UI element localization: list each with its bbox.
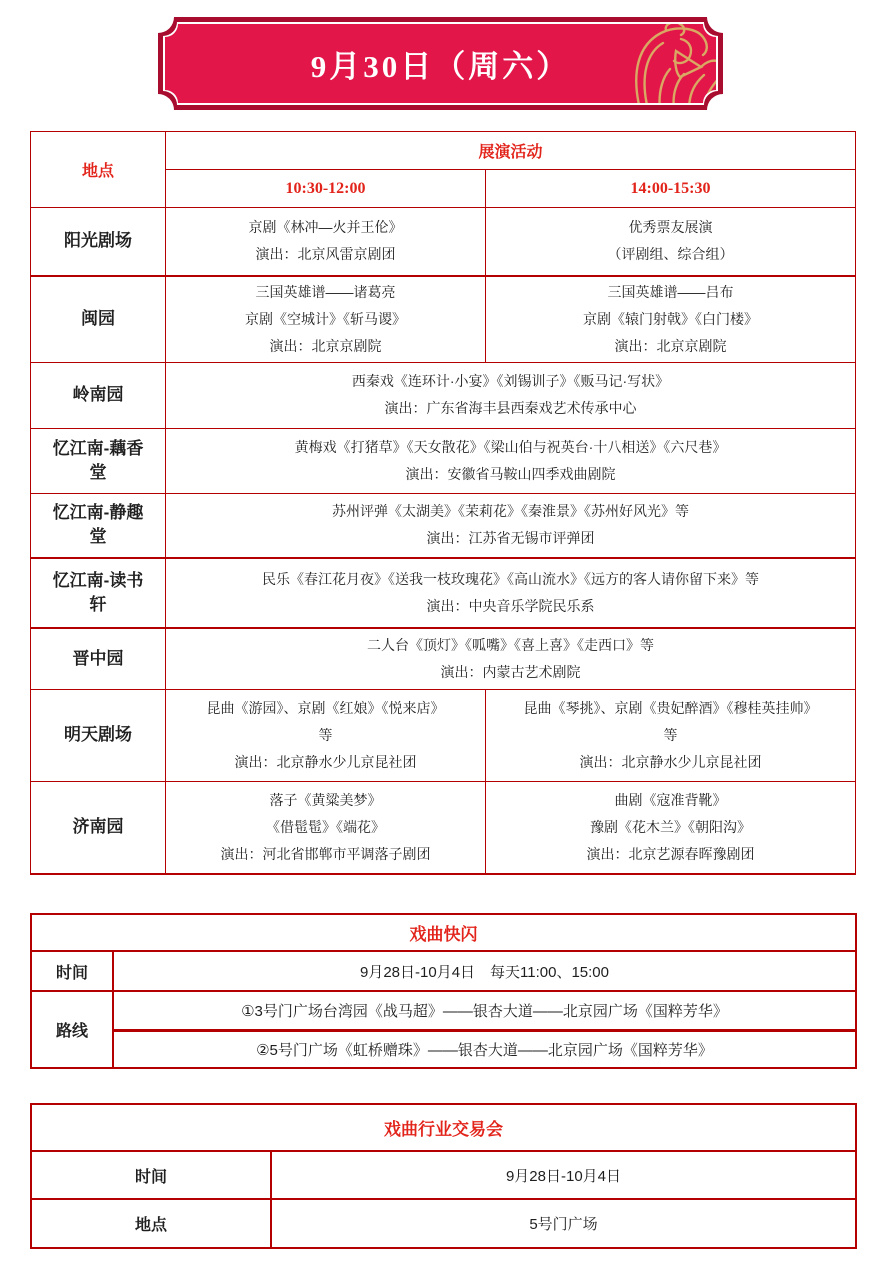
program-line: 昆曲《琴挑》、京剧《贵妃醉酒》《穆桂英挂帅》 xyxy=(492,695,849,722)
time-slot-morning: 10:30-12:00 xyxy=(166,170,486,208)
program-line: 优秀票友展演 xyxy=(492,214,849,241)
program-cell-morning: 三国英雄谱——诸葛亮 京剧《空城计》《斩马谡》 演出：北京京剧院 xyxy=(166,276,486,363)
program-line: 黄梅戏《打猪草》《天女散花》《梁山伯与祝英台·十八相送》《六尺巷》 xyxy=(172,434,849,461)
venue-cell: 济南园 xyxy=(31,781,166,874)
route-2: ②5号门广场《虹桥赠珠》——银杏大道——北京园广场《国粹芳华》 xyxy=(113,1030,856,1068)
flash-mob-route-row: ②5号门广场《虹桥赠珠》——银杏大道——北京园广场《国粹芳华》 xyxy=(31,1030,856,1068)
trade-fair-title: 戏曲行业交易会 xyxy=(31,1104,856,1151)
program-line: 三国英雄谱——诸葛亮 xyxy=(172,279,479,306)
program-line: 曲剧《寇准背靴》 xyxy=(492,787,849,814)
flash-mob-table: 戏曲快闪 时间 9月28日-10月4日 每天11:00、15:00 路线 ①3号… xyxy=(30,913,857,1069)
schedule-header-row: 地点 展演活动 xyxy=(31,132,856,170)
schedule-row: 闽园 三国英雄谱——诸葛亮 京剧《空城计》《斩马谡》 演出：北京京剧院 三国英雄… xyxy=(31,276,856,363)
flash-mob-title: 戏曲快闪 xyxy=(31,914,856,951)
program-line: 《借髢髢》《端花》 xyxy=(172,814,479,841)
program-line: 演出：北京京剧院 xyxy=(172,333,479,360)
venue-cell: 闽园 xyxy=(31,276,166,363)
schedule-row: 明天剧场 昆曲《游园》、京剧《红娘》《悦来店》 等 演出：北京静水少儿京昆社团 … xyxy=(31,689,856,781)
schedule-row: 忆江南-藕香堂 黄梅戏《打猪草》《天女散花》《梁山伯与祝英台·十八相送》《六尺巷… xyxy=(31,428,856,493)
venue-cell: 忆江南-读书轩 xyxy=(31,558,166,628)
program-cell-morning: 落子《黄粱美梦》 《借髢髢》《端花》 演出：河北省邯郸市平调落子剧团 xyxy=(166,781,486,874)
program-line: 苏州评弹《太湖美》《茉莉花》《秦淮景》《苏州好风光》等 xyxy=(172,498,849,525)
program-line: 落子《黄粱美梦》 xyxy=(172,787,479,814)
program-line: 演出：北京静水少儿京昆社团 xyxy=(172,749,479,776)
event-schedule-page: 9月30日（周六） 地点 展演活动 10:30-12:00 14:00-15:3… xyxy=(0,0,877,1262)
program-cell-full: 民乐《春江花月夜》《送我一枝玫瑰花》《高山流水》《远方的客人请你留下来》等 演出… xyxy=(166,558,856,628)
program-line: 演出：广东省海丰县西秦戏艺术传承中心 xyxy=(172,395,849,422)
trade-fair-title-row: 戏曲行业交易会 xyxy=(31,1104,856,1151)
program-line: 演出：北京风雷京剧团 xyxy=(172,241,479,268)
venue-cell: 阳光剧场 xyxy=(31,208,166,276)
schedule-row: 岭南园 西秦戏《连环计·小宴》《刘锡训子》《贩马记·写状》 演出：广东省海丰县西… xyxy=(31,362,856,428)
program-cell-full: 西秦戏《连环计·小宴》《刘锡训子》《贩马记·写状》 演出：广东省海丰县西秦戏艺术… xyxy=(166,362,856,428)
program-line: 等 xyxy=(492,722,849,749)
program-line: 演出：中央音乐学院民乐系 xyxy=(172,593,849,620)
schedule-row: 济南园 落子《黄粱美梦》 《借髢髢》《端花》 演出：河北省邯郸市平调落子剧团 曲… xyxy=(31,781,856,874)
place-label: 地点 xyxy=(31,1199,271,1248)
time-value: 9月28日-10月4日 xyxy=(271,1151,856,1199)
venue-cell: 明天剧场 xyxy=(31,689,166,781)
program-cell-full: 苏州评弹《太湖美》《茉莉花》《秦淮景》《苏州好风光》等 演出：江苏省无锡市评弹团 xyxy=(166,493,856,558)
program-line: 二人台《顶灯》《呱嘴》《喜上喜》《走西口》等 xyxy=(172,632,849,659)
flash-mob-route-row: 路线 ①3号门广场台湾园《战马超》——银杏大道——北京园广场《国粹芳华》 xyxy=(31,991,856,1030)
route-1: ①3号门广场台湾园《战马超》——银杏大道——北京园广场《国粹芳华》 xyxy=(113,991,856,1030)
program-cell-afternoon: 昆曲《琴挑》、京剧《贵妃醉酒》《穆桂英挂帅》 等 演出：北京静水少儿京昆社团 xyxy=(486,689,856,781)
program-cell-full: 黄梅戏《打猪草》《天女散花》《梁山伯与祝英台·十八相送》《六尺巷》 演出：安徽省… xyxy=(166,428,856,493)
program-line: 昆曲《游园》、京剧《红娘》《悦来店》 xyxy=(172,695,479,722)
program-line: 演出：北京静水少儿京昆社团 xyxy=(492,749,849,776)
location-header: 地点 xyxy=(31,132,166,208)
flash-mob-title-row: 戏曲快闪 xyxy=(31,914,856,951)
schedule-row: 晋中园 二人台《顶灯》《呱嘴》《喜上喜》《走西口》等 演出：内蒙古艺术剧院 xyxy=(31,628,856,689)
trade-fair-table: 戏曲行业交易会 时间 9月28日-10月4日 地点 5号门广场 xyxy=(30,1103,857,1249)
time-label: 时间 xyxy=(31,1151,271,1199)
program-line: 等 xyxy=(172,722,479,749)
program-cell-morning: 昆曲《游园》、京剧《红娘》《悦来店》 等 演出：北京静水少儿京昆社团 xyxy=(166,689,486,781)
program-line: （评剧组、综合组） xyxy=(492,241,849,268)
venue-cell: 岭南园 xyxy=(31,362,166,428)
schedule-row: 阳光剧场 京剧《林冲—火并王伦》 演出：北京风雷京剧团 优秀票友展演 （评剧组、… xyxy=(31,208,856,276)
schedule-row: 忆江南-静趣堂 苏州评弹《太湖美》《茉莉花》《秦淮景》《苏州好风光》等 演出：江… xyxy=(31,493,856,558)
program-line: 豫剧《花木兰》《朝阳沟》 xyxy=(492,814,849,841)
program-cell-afternoon: 曲剧《寇准背靴》 豫剧《花木兰》《朝阳沟》 演出：北京艺源春晖豫剧团 xyxy=(486,781,856,874)
program-line: 演出：内蒙古艺术剧院 xyxy=(172,659,849,686)
program-line: 京剧《林冲—火并王伦》 xyxy=(172,214,479,241)
place-value: 5号门广场 xyxy=(271,1199,856,1248)
activity-header: 展演活动 xyxy=(166,132,856,170)
program-cell-afternoon: 优秀票友展演 （评剧组、综合组） xyxy=(486,208,856,276)
program-line: 京剧《辕门射戟》《白门楼》 xyxy=(492,306,849,333)
time-slot-afternoon: 14:00-15:30 xyxy=(486,170,856,208)
program-line: 三国英雄谱——吕布 xyxy=(492,279,849,306)
program-line: 民乐《春江花月夜》《送我一枝玫瑰花》《高山流水》《远方的客人请你留下来》等 xyxy=(172,566,849,593)
program-line: 西秦戏《连环计·小宴》《刘锡训子》《贩马记·写状》 xyxy=(172,368,849,395)
trade-fair-place-row: 地点 5号门广场 xyxy=(31,1199,856,1248)
program-line: 京剧《空城计》《斩马谡》 xyxy=(172,306,479,333)
performance-schedule-table: 地点 展演活动 10:30-12:00 14:00-15:30 阳光剧场 京剧《… xyxy=(30,131,856,875)
program-line: 演出：安徽省马鞍山四季戏曲剧院 xyxy=(172,461,849,488)
time-label: 时间 xyxy=(31,951,113,991)
venue-cell: 忆江南-藕香堂 xyxy=(31,428,166,493)
program-cell-full: 二人台《顶灯》《呱嘴》《喜上喜》《走西口》等 演出：内蒙古艺术剧院 xyxy=(166,628,856,689)
banner-title: 9月30日（周六） xyxy=(158,17,723,110)
flash-mob-time-row: 时间 9月28日-10月4日 每天11:00、15:00 xyxy=(31,951,856,991)
date-banner: 9月30日（周六） xyxy=(158,17,723,110)
venue-cell: 晋中园 xyxy=(31,628,166,689)
program-line: 演出：北京艺源春晖豫剧团 xyxy=(492,841,849,868)
venue-cell: 忆江南-静趣堂 xyxy=(31,493,166,558)
schedule-row: 忆江南-读书轩 民乐《春江花月夜》《送我一枝玫瑰花》《高山流水》《远方的客人请你… xyxy=(31,558,856,628)
program-line: 演出：江苏省无锡市评弹团 xyxy=(172,525,849,552)
program-cell-afternoon: 三国英雄谱——吕布 京剧《辕门射戟》《白门楼》 演出：北京京剧院 xyxy=(486,276,856,363)
program-line: 演出：北京京剧院 xyxy=(492,333,849,360)
route-label: 路线 xyxy=(31,991,113,1068)
time-value: 9月28日-10月4日 每天11:00、15:00 xyxy=(113,951,856,991)
program-line: 演出：河北省邯郸市平调落子剧团 xyxy=(172,841,479,868)
program-cell-morning: 京剧《林冲—火并王伦》 演出：北京风雷京剧团 xyxy=(166,208,486,276)
trade-fair-time-row: 时间 9月28日-10月4日 xyxy=(31,1151,856,1199)
